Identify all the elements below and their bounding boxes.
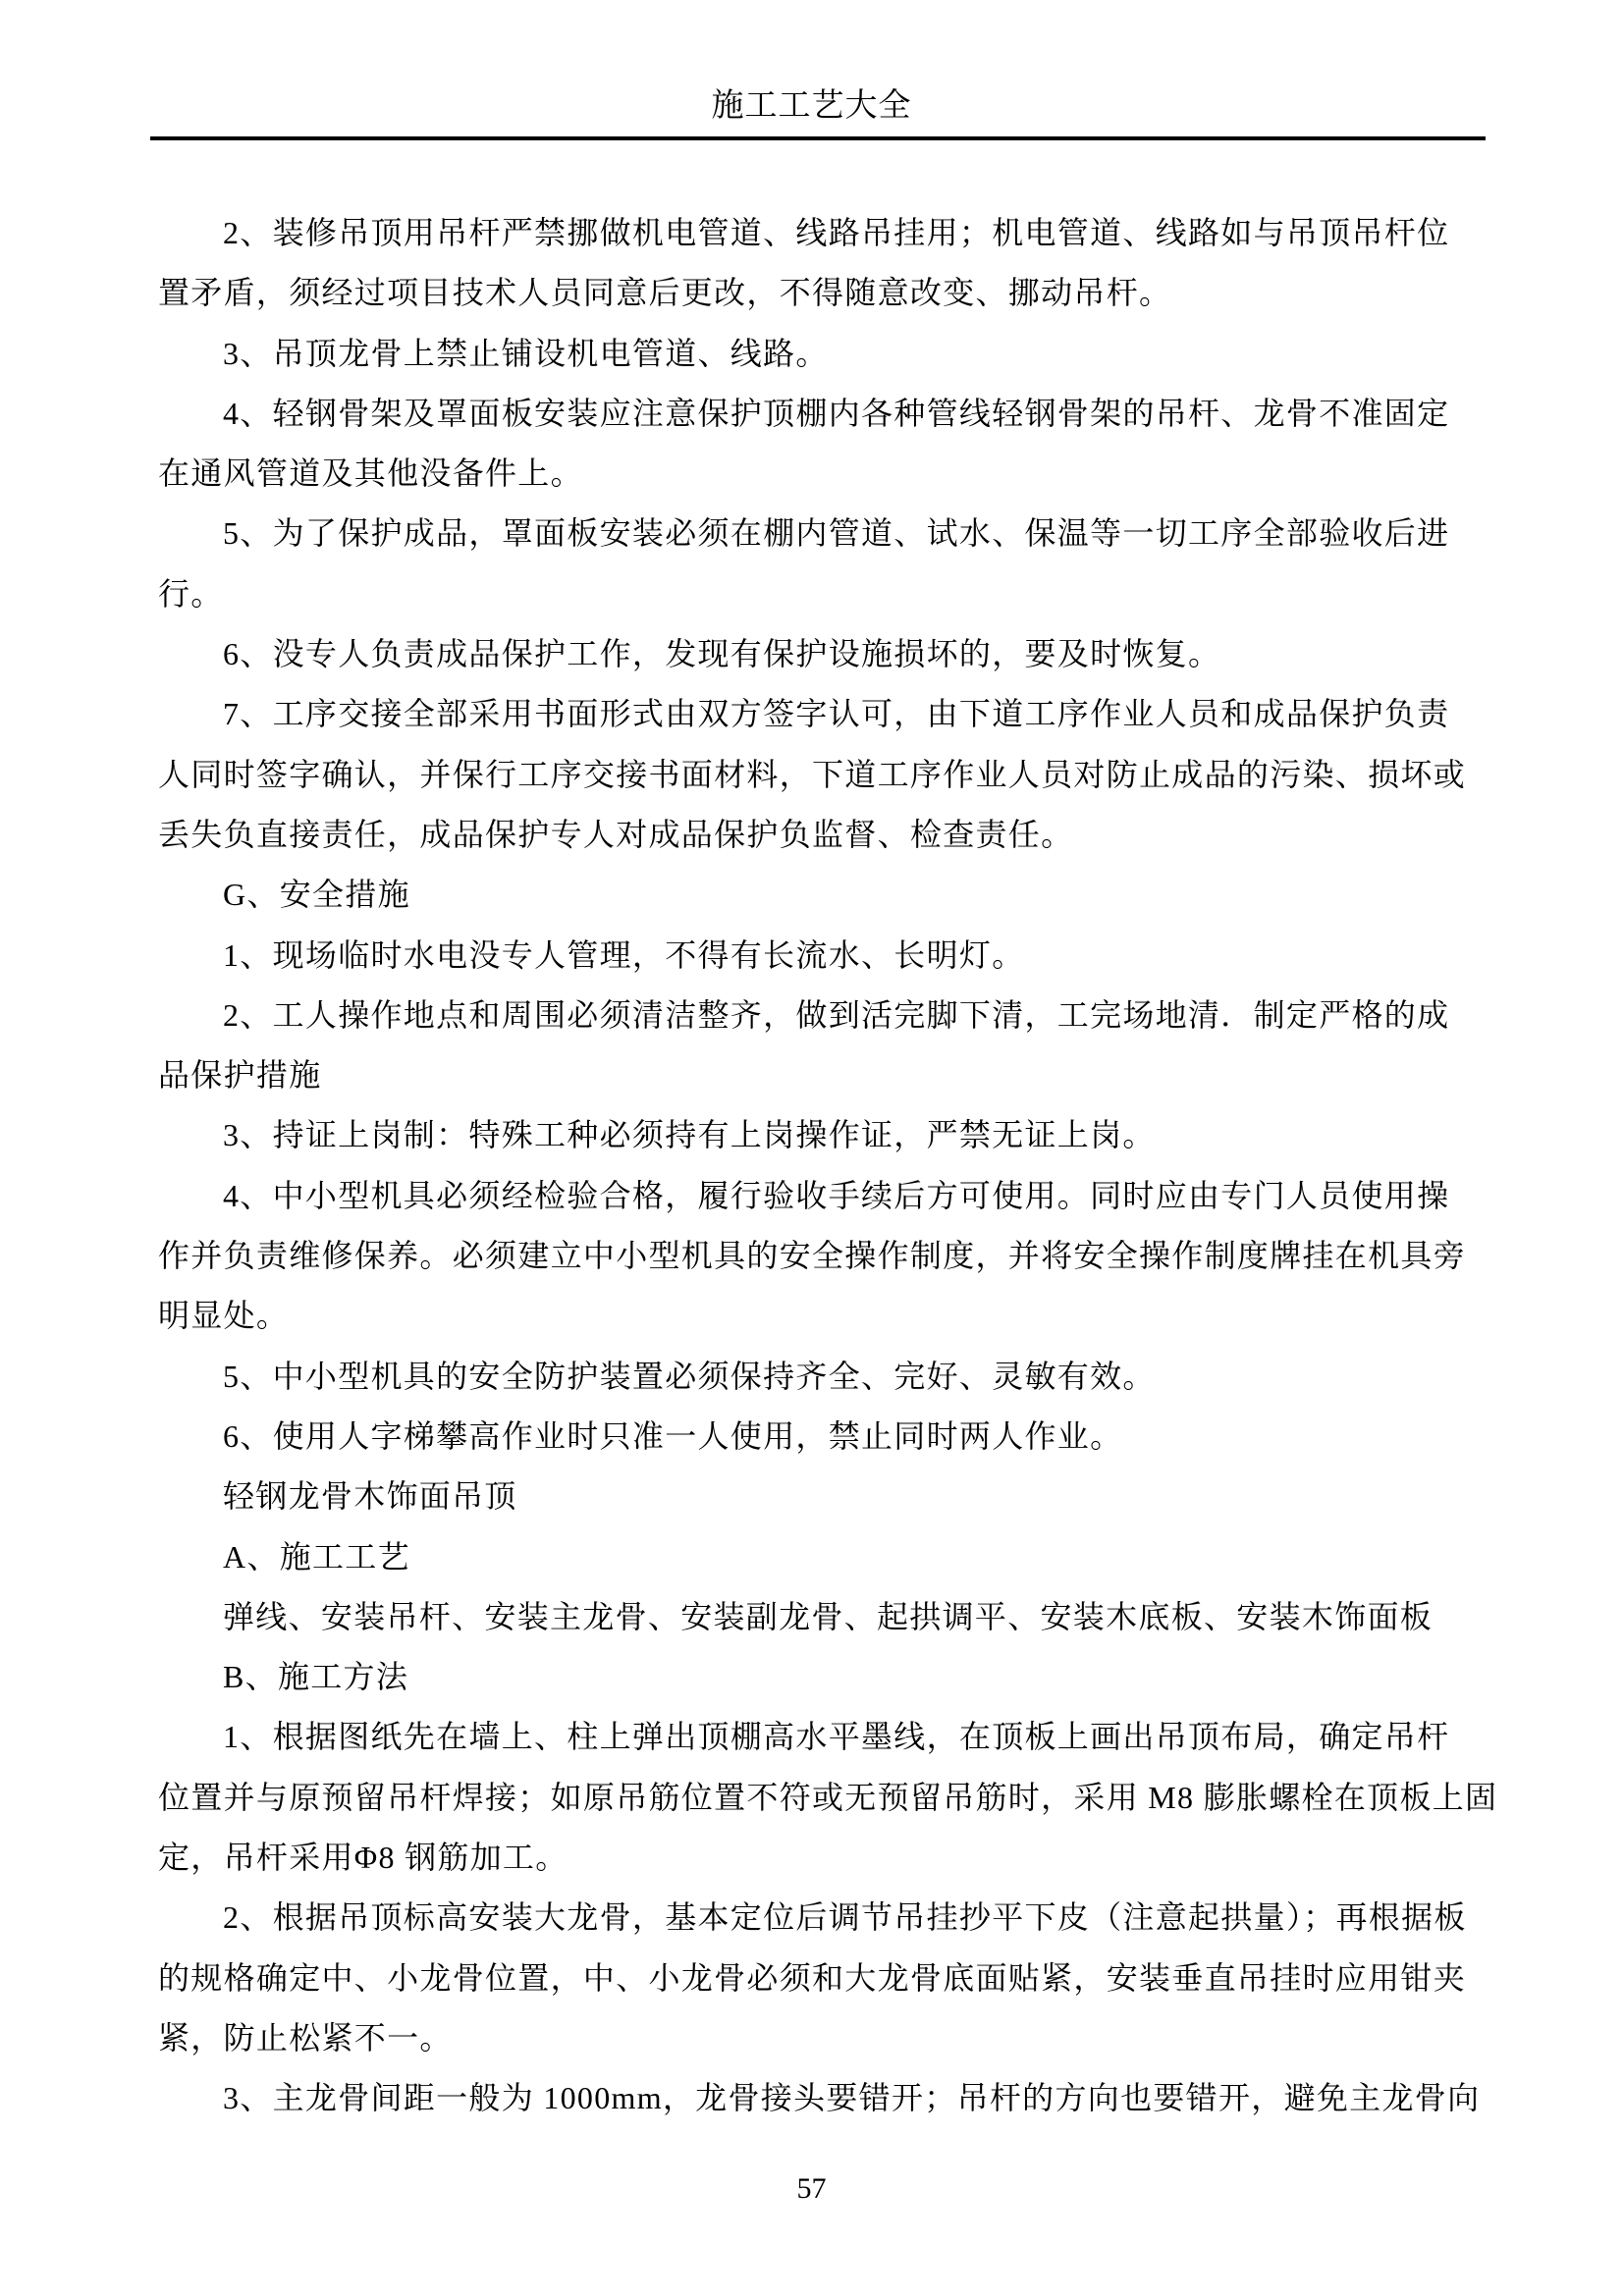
text-line: 紧，防止松紧不一。 bbox=[158, 2008, 1474, 2068]
text-line: 定，吊杆采用Φ8 钢筋加工。 bbox=[158, 1828, 1474, 1888]
page-footer: 57 bbox=[0, 2171, 1623, 2207]
text-line: 人同时签字确认，并保行工序交接书面材料，下道工序作业人员对防止成品的污染、损坏或 bbox=[158, 745, 1474, 805]
document-body: 2、装修吊顶用吊杆严禁挪做机电管道、线路吊挂用；机电管道、线路如与吊顶吊杆位置矛… bbox=[158, 203, 1474, 2129]
text-line: 6、没专人负责成品保护工作，发现有保护设施损坏的，要及时恢复。 bbox=[158, 624, 1474, 684]
text-line: 行。 bbox=[158, 564, 1474, 624]
document-page: 施工工艺大全 2、装修吊顶用吊杆严禁挪做机电管道、线路吊挂用；机电管道、线路如与… bbox=[0, 0, 1623, 2296]
text-line: 1、根据图纸先在墙上、柱上弹出顶棚高水平墨线，在顶板上画出吊顶布局，确定吊杆 bbox=[158, 1707, 1474, 1767]
text-line: 3、吊顶龙骨上禁止铺设机电管道、线路。 bbox=[158, 324, 1474, 384]
text-line: 5、中小型机具的安全防护装置必须保持齐全、完好、灵敏有效。 bbox=[158, 1347, 1474, 1407]
text-line: 位置并与原预留吊杆焊接；如原吊筋位置不符或无预留吊筋时，采用 M8 膨胀螺栓在顶… bbox=[158, 1768, 1474, 1828]
text-line: 弹线、安装吊杆、安装主龙骨、安装副龙骨、起拱调平、安装木底板、安装木饰面板 bbox=[158, 1587, 1474, 1647]
text-line: 6、使用人字梯攀高作业时只准一人使用，禁止同时两人作业。 bbox=[158, 1407, 1474, 1467]
text-line: 品保护措施 bbox=[158, 1045, 1474, 1105]
text-line: G、安全措施 bbox=[158, 865, 1474, 925]
page-title: 施工工艺大全 bbox=[0, 88, 1623, 124]
text-line: 7、工序交接全部采用书面形式由双方签字认可，由下道工序作业人员和成品保护负责 bbox=[158, 684, 1474, 744]
text-line: 2、装修吊顶用吊杆严禁挪做机电管道、线路吊挂用；机电管道、线路如与吊顶吊杆位 bbox=[158, 203, 1474, 263]
text-line: 1、现场临时水电没专人管理，不得有长流水、长明灯。 bbox=[158, 926, 1474, 986]
text-line: A、施工工艺 bbox=[158, 1527, 1474, 1587]
text-line: 作并负责维修保养。必须建立中小型机具的安全操作制度，并将安全操作制度牌挂在机具旁 bbox=[158, 1226, 1474, 1286]
text-line: 在通风管道及其他没备件上。 bbox=[158, 444, 1474, 504]
text-line: B、施工方法 bbox=[158, 1647, 1474, 1707]
text-line: 4、中小型机具必须经检验合格，履行验收手续后方可使用。同时应由专门人员使用操 bbox=[158, 1166, 1474, 1226]
text-line: 3、持证上岗制：特殊工种必须持有上岗操作证，严禁无证上岗。 bbox=[158, 1105, 1474, 1165]
text-line: 置矛盾，须经过项目技术人员同意后更改，不得随意改变、挪动吊杆。 bbox=[158, 263, 1474, 323]
header-divider bbox=[150, 136, 1486, 140]
text-line: 的规格确定中、小龙骨位置，中、小龙骨必须和大龙骨底面贴紧，安装垂直吊挂时应用钳夹 bbox=[158, 1949, 1474, 2008]
text-line: 3、主龙骨间距一般为 1000mm，龙骨接头要错开；吊杆的方向也要错开，避免主龙… bbox=[158, 2068, 1474, 2128]
text-line: 轻钢龙骨木饰面吊顶 bbox=[158, 1467, 1474, 1526]
text-line: 2、工人操作地点和周围必须清洁整齐，做到活完脚下清，工完场地清．制定严格的成 bbox=[158, 986, 1474, 1045]
text-line: 5、为了保护成品，罩面板安装必须在棚内管道、试水、保温等一切工序全部验收后进 bbox=[158, 504, 1474, 563]
text-line: 2、根据吊顶标高安装大龙骨，基本定位后调节吊挂抄平下皮（注意起拱量）；再根据板 bbox=[158, 1888, 1474, 1948]
text-line: 丢失负直接责任，成品保护专人对成品保护负监督、检查责任。 bbox=[158, 805, 1474, 865]
page-number: 57 bbox=[797, 2172, 827, 2205]
text-line: 4、轻钢骨架及罩面板安装应注意保护顶棚内各种管线轻钢骨架的吊杆、龙骨不准固定 bbox=[158, 384, 1474, 444]
text-line: 明显处。 bbox=[158, 1286, 1474, 1346]
